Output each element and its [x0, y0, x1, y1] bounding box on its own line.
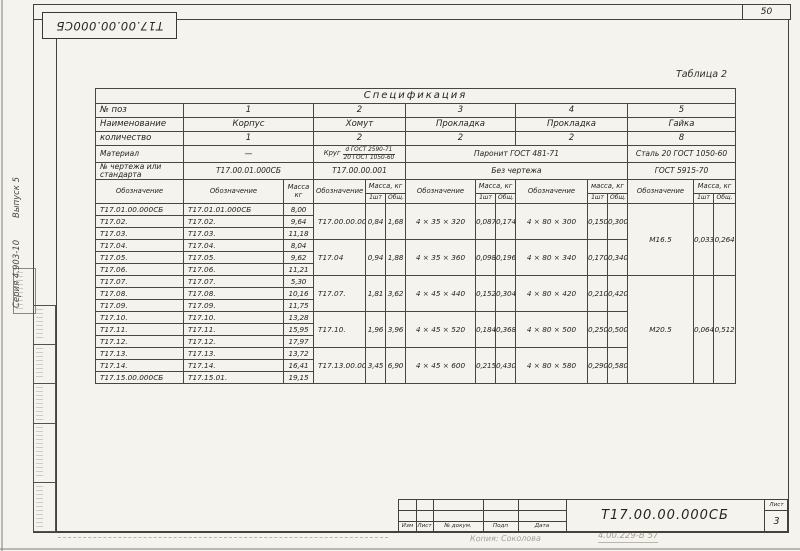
korpus-mass-cell: 11,75: [284, 300, 314, 312]
quantity-row: количество 1 2 2 2 8: [96, 132, 736, 146]
material-row-label: Материал: [96, 146, 184, 163]
korpus-mass-cell: 15,95: [284, 324, 314, 336]
title-block-col-label: Дата: [518, 520, 566, 531]
korpus-designation-cell: Т17.11.: [184, 324, 284, 336]
drawing-cell: ГОСТ 5915-70: [628, 163, 736, 180]
gasket3-total-mass-cell: 0,304: [496, 276, 516, 312]
nut-designation-cell: М16.5: [628, 204, 694, 276]
position-number-row: № поз 1 2 3 4 5: [96, 104, 736, 118]
part-name-cell: Хомут: [314, 118, 406, 132]
qty-cell: 8: [628, 132, 736, 146]
mass-header-cell: масса, кг: [588, 180, 628, 194]
assembly-designation-cell: Т17.15.00.000СБ: [96, 372, 184, 384]
mass-header-cell: Масса кг: [284, 180, 314, 204]
korpus-designation-cell: Т17.08.: [184, 288, 284, 300]
title-block-line: [399, 510, 566, 511]
gasket4-designation-cell: 4 × 80 × 340: [516, 240, 588, 276]
qty-cell: 2: [516, 132, 628, 146]
title-block-col-label: № докум.: [433, 520, 483, 531]
gasket3-unit-mass-cell: 0,152: [476, 276, 496, 312]
korpus-mass-cell: 13,28: [284, 312, 314, 324]
handwriting-marks: [16, 272, 23, 310]
designation-header-cell: Обозначение: [628, 180, 694, 204]
korpus-mass-cell: 9,64: [284, 216, 314, 228]
gasket4-total-mass-cell: 0,580: [608, 348, 628, 384]
stamp-strip-cell: [33, 305, 56, 345]
korpus-mass-cell: 8,00: [284, 204, 314, 216]
gasket4-designation-cell: 4 × 80 × 500: [516, 312, 588, 348]
spec-title: Спецификация: [96, 89, 736, 104]
footnote-dash: [58, 537, 388, 538]
table-caption: Таблица 2: [676, 69, 727, 80]
pos-row-label: № поз: [96, 104, 184, 118]
clamp-total-mass-cell: 1,68: [386, 204, 406, 240]
korpus-designation-cell: Т17.03.: [184, 228, 284, 240]
designation-header-cell: Обозначение: [184, 180, 284, 204]
gasket3-total-mass-cell: 0,430: [496, 348, 516, 384]
title-block-col-label: Подп: [483, 520, 518, 531]
unit-mass-header: 1шт: [476, 194, 496, 204]
sheet-number: 50: [761, 7, 772, 17]
gasket3-total-mass-cell: 0,368: [496, 312, 516, 348]
gasket4-unit-mass-cell: 0,150: [588, 204, 608, 240]
qty-row-label: количество: [96, 132, 184, 146]
korpus-designation-cell: Т17.09.: [184, 300, 284, 312]
assembly-designation-cell: Т17.11.: [96, 324, 184, 336]
spec-title-row: Спецификация: [96, 89, 736, 104]
material-fraction-top: d ГОСТ 2590-71: [343, 147, 396, 154]
unit-mass-header: 1шт: [694, 194, 714, 204]
name-row-label: Наименование: [96, 118, 184, 132]
gasket4-designation-cell: 4 × 80 × 580: [516, 348, 588, 384]
sheet-value: 3: [764, 511, 789, 531]
part-name-cell: Прокладка: [516, 118, 628, 132]
table-row: Т17.07. Т17.07. 5,30 Т17.07. 1,81 3,62 4…: [96, 276, 736, 288]
gasket4-designation-cell: 4 × 80 × 420: [516, 276, 588, 312]
clamp-designation-cell: Т17.04: [314, 240, 366, 276]
title-block-col-label: Лист: [416, 520, 433, 531]
qty-cell: 2: [406, 132, 516, 146]
qty-cell: 1: [184, 132, 314, 146]
frame-top-line: [33, 4, 789, 5]
gasket4-total-mass-cell: 0,300: [608, 204, 628, 240]
stamp-strip-cell: [33, 482, 56, 532]
drawing-row-label: № чертежа или стандарта: [96, 163, 184, 180]
clamp-unit-mass-cell: 0,84: [366, 204, 386, 240]
clamp-unit-mass-cell: 3,45: [366, 348, 386, 384]
assembly-designation-cell: Т17.08.: [96, 288, 184, 300]
drawing-cell: Без чертежа: [406, 163, 628, 180]
page-edge-left: [1, 0, 3, 551]
mass-header-cell: Масса, кг: [694, 180, 736, 194]
assembly-designation-cell: Т17.04.: [96, 240, 184, 252]
handwriting-marks: [36, 309, 43, 341]
material-cell: —: [184, 146, 314, 163]
handwriting-marks: [36, 387, 43, 420]
clamp-designation-cell: Т17.00.00.001: [314, 204, 366, 240]
gasket3-designation-cell: 4 × 45 × 520: [406, 312, 476, 348]
total-mass-header: Общ.: [386, 194, 406, 204]
designation-header-cell: Обозначение: [314, 180, 366, 204]
korpus-designation-cell: Т17.07.: [184, 276, 284, 288]
korpus-mass-cell: 19,15: [284, 372, 314, 384]
korpus-designation-cell: Т17.13.: [184, 348, 284, 360]
sheet-label: Лист: [764, 500, 789, 510]
stamp-strip-cell: [33, 423, 56, 483]
clamp-unit-mass-cell: 0,94: [366, 240, 386, 276]
assembly-designation-cell: Т17.07.: [96, 276, 184, 288]
mass-header-cell: Масса, кг: [366, 180, 406, 194]
mass-header-cell: Масса, кг: [476, 180, 516, 194]
specification-table: Спецификация № поз 1 2 3 4 5 Наименовани…: [95, 88, 736, 384]
gasket3-designation-cell: 4 × 45 × 440: [406, 276, 476, 312]
nut-unit-mass-cell: 0,033: [694, 204, 714, 276]
inverted-designation-stamp: Т17.00.00.000СБ: [42, 12, 177, 39]
part-name-cell: Корпус: [184, 118, 314, 132]
korpus-mass-cell: 10,16: [284, 288, 314, 300]
gasket3-total-mass-cell: 0,196: [496, 240, 516, 276]
gasket3-total-mass-cell: 0,174: [496, 204, 516, 240]
nut-total-mass-cell: 0,512: [714, 276, 736, 384]
designation-header-cell: Обозначение: [96, 180, 184, 204]
korpus-mass-cell: 16,41: [284, 360, 314, 372]
part-name-cell: Прокладка: [406, 118, 516, 132]
handwriting-marks: [36, 427, 43, 479]
drawing-number-row: № чертежа или стандарта Т17.00.01.000СБ …: [96, 163, 736, 180]
sheet-number-box: 50: [742, 4, 791, 20]
nut-unit-mass-cell: 0,064: [694, 276, 714, 384]
korpus-designation-cell: Т17.01.01.000СБ: [184, 204, 284, 216]
material-row: Материал — Кругd ГОСТ 2590-7120 ГОСТ 105…: [96, 146, 736, 163]
gasket4-total-mass-cell: 0,340: [608, 240, 628, 276]
handwriting-marks: [36, 486, 43, 528]
nut-total-mass-cell: 0,264: [714, 204, 736, 276]
korpus-designation-cell: Т17.10.: [184, 312, 284, 324]
clamp-total-mass-cell: 3,96: [386, 312, 406, 348]
gasket4-total-mass-cell: 0,420: [608, 276, 628, 312]
assembly-designation-cell: Т17.13.: [96, 348, 184, 360]
gasket3-unit-mass-cell: 0,087: [476, 204, 496, 240]
total-mass-header: Общ.: [608, 194, 628, 204]
gasket3-unit-mass-cell: 0,098: [476, 240, 496, 276]
korpus-designation-cell: Т17.05.: [184, 252, 284, 264]
assembly-designation-cell: Т17.14.: [96, 360, 184, 372]
korpus-designation-cell: Т17.06.: [184, 264, 284, 276]
qty-cell: 2: [314, 132, 406, 146]
gasket4-total-mass-cell: 0,500: [608, 312, 628, 348]
korpus-mass-cell: 13,72: [284, 348, 314, 360]
gasket3-designation-cell: 4 × 35 × 320: [406, 204, 476, 240]
gasket4-designation-cell: 4 × 80 × 300: [516, 204, 588, 240]
document-designation: Т17.00.00.000СБ: [566, 500, 764, 531]
inverted-designation-text: Т17.00.00.000СБ: [56, 19, 163, 33]
drawing-cell: Т17.00.00.001: [314, 163, 406, 180]
korpus-mass-cell: 9,62: [284, 252, 314, 264]
gasket4-unit-mass-cell: 0,170: [588, 240, 608, 276]
korpus-designation-cell: Т17.14.: [184, 360, 284, 372]
gasket4-unit-mass-cell: 0,250: [588, 312, 608, 348]
total-mass-header: Общ.: [714, 194, 736, 204]
gasket4-unit-mass-cell: 0,290: [588, 348, 608, 384]
handwriting-marks: [36, 348, 43, 380]
material-prefix: Круг: [324, 149, 341, 157]
unit-mass-header: 1шт: [366, 194, 386, 204]
assembly-designation-cell: Т17.09.: [96, 300, 184, 312]
korpus-mass-cell: 11,21: [284, 264, 314, 276]
table-row: Т17.01.00.000СБ Т17.01.01.000СБ 8,00 Т17…: [96, 204, 736, 216]
material-fraction-bottom: 20 ГОСТ 1050-60: [343, 155, 396, 161]
assembly-designation-cell: Т17.05.: [96, 252, 184, 264]
clamp-total-mass-cell: 1,88: [386, 240, 406, 276]
assembly-designation-cell: Т17.02.: [96, 216, 184, 228]
sub-header-row: Обозначение Обозначение Масса кг Обознач…: [96, 180, 736, 194]
part-name-row: Наименование Корпус Хомут Прокладка Прок…: [96, 118, 736, 132]
korpus-designation-cell: Т17.04.: [184, 240, 284, 252]
title-block-col-label: Изм: [399, 520, 416, 531]
pos-number-cell: 1: [184, 104, 314, 118]
frame-right-line: [788, 4, 789, 532]
stamp-strip-cell: [33, 383, 56, 424]
clamp-designation-cell: Т17.07.: [314, 276, 366, 312]
clamp-total-mass-cell: 3,62: [386, 276, 406, 312]
stamp-strip-cell: [33, 344, 56, 384]
material-cell: Паронит ГОСТ 481-71: [406, 146, 628, 163]
frame-left-inner-line: [56, 19, 57, 532]
material-cell: Сталь 20 ГОСТ 1050-60: [628, 146, 736, 163]
nut-designation-cell: М20.5: [628, 276, 694, 384]
page-edge-bottom: [0, 548, 800, 550]
korpus-designation-cell: Т17.15.01.: [184, 372, 284, 384]
drawing-sheet: Т17.00.00.000СБ 50 Таблица 2 Серия 4.903…: [0, 0, 800, 551]
korpus-mass-cell: 17,97: [284, 336, 314, 348]
korpus-mass-cell: 8,04: [284, 240, 314, 252]
gasket3-unit-mass-cell: 0,215: [476, 348, 496, 384]
pos-number-cell: 5: [628, 104, 736, 118]
gasket3-designation-cell: 4 × 45 × 600: [406, 348, 476, 384]
drawing-cell: Т17.00.01.000СБ: [184, 163, 314, 180]
total-mass-header: Общ.: [496, 194, 516, 204]
part-name-cell: Гайка: [628, 118, 736, 132]
material-fraction: d ГОСТ 2590-7120 ГОСТ 1050-60: [343, 147, 396, 161]
assembly-designation-cell: Т17.01.00.000СБ: [96, 204, 184, 216]
assembly-designation-cell: Т17.12.: [96, 336, 184, 348]
designation-header-cell: Обозначение: [516, 180, 588, 204]
korpus-designation-cell: Т17.02.: [184, 216, 284, 228]
pos-number-cell: 4: [516, 104, 628, 118]
korpus-designation-cell: Т17.12.: [184, 336, 284, 348]
gasket3-unit-mass-cell: 0,184: [476, 312, 496, 348]
footnote-copy: Копия: Соколова: [470, 534, 541, 544]
pos-number-cell: 2: [314, 104, 406, 118]
designation-header-cell: Обозначение: [406, 180, 476, 204]
unit-mass-header: 1шт: [588, 194, 608, 204]
gasket4-unit-mass-cell: 0,210: [588, 276, 608, 312]
clamp-designation-cell: Т17.13.00.001: [314, 348, 366, 384]
title-block: Изм Лист № докум. Подп Дата Т17.00.00.00…: [398, 499, 788, 532]
korpus-mass-cell: 11,18: [284, 228, 314, 240]
footnote-number: 4.00.229-В 57: [598, 531, 658, 543]
clamp-unit-mass-cell: 1,96: [366, 312, 386, 348]
korpus-mass-cell: 5,30: [284, 276, 314, 288]
assembly-designation-cell: Т17.03.: [96, 228, 184, 240]
pos-number-cell: 3: [406, 104, 516, 118]
assembly-designation-cell: Т17.10.: [96, 312, 184, 324]
clamp-unit-mass-cell: 1,81: [366, 276, 386, 312]
clamp-total-mass-cell: 6,90: [386, 348, 406, 384]
material-cell: Кругd ГОСТ 2590-7120 ГОСТ 1050-60: [314, 146, 406, 163]
gasket3-designation-cell: 4 × 35 × 360: [406, 240, 476, 276]
assembly-designation-cell: Т17.06.: [96, 264, 184, 276]
clamp-designation-cell: Т17.10.: [314, 312, 366, 348]
issue-label: Выпуск 5: [12, 177, 22, 218]
